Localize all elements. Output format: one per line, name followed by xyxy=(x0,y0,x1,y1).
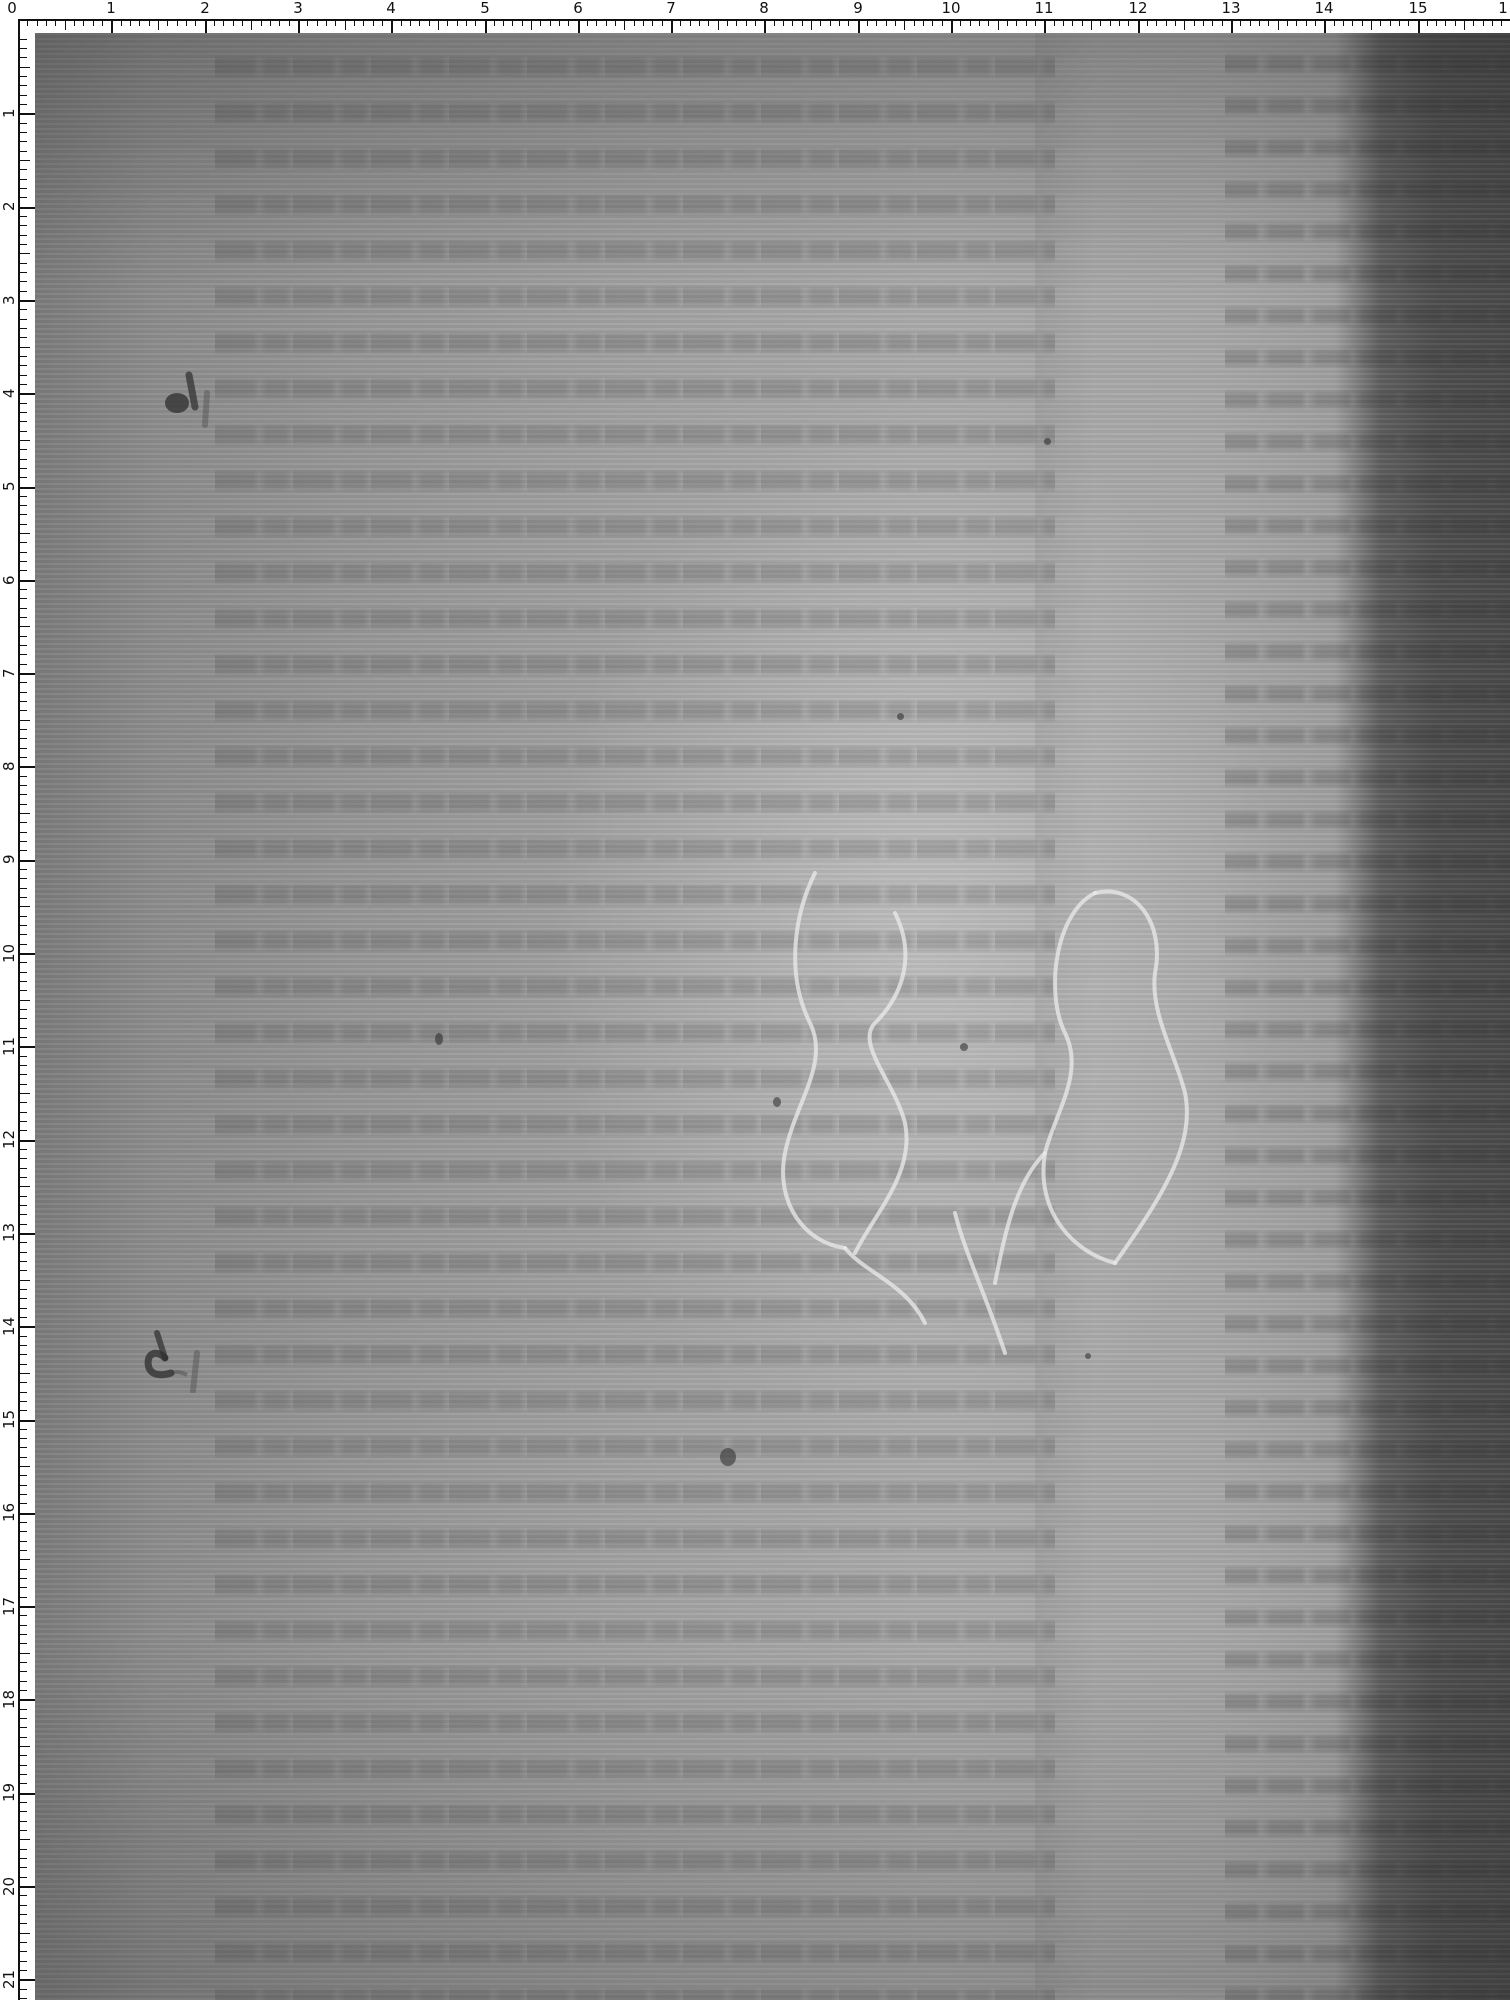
ruler-tick xyxy=(19,141,27,142)
ruler-tick xyxy=(1082,20,1083,26)
ruler-tick xyxy=(839,20,840,26)
ruler-label: 12 xyxy=(1128,0,1147,16)
ruler-tick xyxy=(251,20,252,30)
ruler-tick xyxy=(19,1933,30,1934)
ruler-tick xyxy=(19,440,30,441)
ruler-tick xyxy=(522,20,523,26)
ruler-tick xyxy=(19,1597,27,1598)
ruler-tick xyxy=(1362,20,1363,26)
ruler-tick xyxy=(19,1867,27,1868)
ruler-tick xyxy=(18,20,20,33)
ruler-tick xyxy=(755,20,756,26)
ruler-tick xyxy=(19,1298,27,1299)
ruler-tick xyxy=(19,95,27,96)
ruler-tick xyxy=(615,20,616,26)
ruler-tick xyxy=(19,1821,27,1822)
ruler-tick xyxy=(895,20,896,26)
ruler-tick xyxy=(55,20,56,26)
ruler-tick xyxy=(19,981,27,982)
ruler-tick xyxy=(1203,20,1204,26)
ruler-tick xyxy=(475,20,476,26)
ruler-tick xyxy=(93,20,94,26)
ruler-tick xyxy=(19,1149,27,1150)
ruler-tick xyxy=(951,20,953,33)
ruler-label: 6 xyxy=(573,0,583,16)
ruler-tick xyxy=(19,1709,27,1710)
ruler-tick xyxy=(19,113,35,115)
ruler-label: 11 xyxy=(1,1037,17,1056)
ruler-tick xyxy=(1445,20,1446,26)
ruler-tick xyxy=(1464,20,1465,30)
ruler-tick xyxy=(1128,20,1129,26)
ruler-tick xyxy=(876,20,877,26)
ruler-tick xyxy=(19,309,27,310)
ruler-tick xyxy=(298,20,300,33)
ruler-tick xyxy=(1156,20,1157,26)
ruler-tick xyxy=(1007,20,1008,26)
ruler-tick xyxy=(186,20,187,26)
ruler-tick xyxy=(19,477,27,478)
ruler-tick xyxy=(19,1140,35,1142)
ruler-tick xyxy=(19,1186,30,1187)
ruler-tick xyxy=(19,1046,35,1048)
ruler-tick xyxy=(27,20,28,26)
ruler-tick xyxy=(19,123,27,124)
ruler-tick xyxy=(811,20,812,30)
ruler-tick xyxy=(19,1587,27,1588)
ruler-tick xyxy=(19,1000,30,1001)
ruler-tick xyxy=(485,20,487,33)
ruler-tick xyxy=(167,20,168,26)
ruler-tick xyxy=(19,1914,27,1915)
ruler-label: 13 xyxy=(1,1223,17,1242)
ruler-tick xyxy=(19,1662,27,1663)
ruler-tick xyxy=(1072,20,1073,26)
ruler-tick xyxy=(1026,20,1027,26)
ruler-tick xyxy=(438,20,439,30)
ruler-tick xyxy=(391,20,393,33)
ruler-tick xyxy=(19,1970,27,1971)
ruler-tick xyxy=(83,20,84,26)
ruler-tick xyxy=(19,1392,27,1393)
ruler-tick xyxy=(19,580,35,582)
ruler-tick xyxy=(19,1569,27,1570)
ruler-tick xyxy=(1418,20,1420,33)
ruler-tick xyxy=(531,20,532,30)
ruler-tick xyxy=(410,20,411,26)
ruler-tick xyxy=(19,1224,27,1225)
ruler-tick xyxy=(19,552,27,553)
ruler-tick xyxy=(19,1354,27,1355)
ruler-tick xyxy=(19,1858,27,1859)
ruler-tick xyxy=(19,421,27,422)
ruler-tick xyxy=(19,1130,27,1131)
ruler-tick xyxy=(802,20,803,26)
ruler-tick xyxy=(19,776,27,777)
ruler-label: 9 xyxy=(853,0,863,16)
ruler-tick xyxy=(19,570,27,571)
ruler-tick xyxy=(19,356,27,357)
ruler-tick xyxy=(998,20,999,30)
ruler-tick xyxy=(111,20,113,33)
ruler-tick xyxy=(19,225,27,226)
ruler-tick xyxy=(19,1196,27,1197)
ruler-tick xyxy=(1268,20,1269,26)
ruler-tick xyxy=(19,1746,30,1747)
ruler-tick xyxy=(1250,20,1251,26)
ruler-label: 10 xyxy=(1,944,17,963)
ruler-tick xyxy=(19,636,27,637)
ruler-tick xyxy=(279,20,280,26)
ruler-tick xyxy=(1306,20,1307,26)
ruler-tick xyxy=(19,804,27,805)
ruler-tick xyxy=(19,1382,27,1383)
ruler-tick xyxy=(19,1503,27,1504)
ruler-tick xyxy=(820,20,821,26)
ruler-tick xyxy=(19,878,27,879)
ruler-tick xyxy=(261,20,262,26)
ruler-tick xyxy=(19,319,27,320)
ruler-label: 2 xyxy=(200,0,210,16)
ruler-tick xyxy=(19,1420,35,1422)
ruler-tick xyxy=(690,20,691,26)
ruler-tick xyxy=(1296,20,1297,26)
ruler-tick xyxy=(195,20,196,26)
ruler-tick xyxy=(19,1690,27,1691)
ruler-tick xyxy=(19,1252,27,1253)
ruler-tick xyxy=(19,748,27,749)
ruler-label: 1 xyxy=(1,108,17,118)
ruler-tick xyxy=(19,1877,27,1878)
ruler-tick xyxy=(19,151,27,152)
ruler-tick xyxy=(335,20,336,26)
ruler-tick xyxy=(19,1074,27,1075)
ruler-tick xyxy=(1184,20,1185,30)
ruler-tick xyxy=(578,20,580,33)
ruler-tick xyxy=(494,20,495,26)
ruler-tick xyxy=(1352,20,1353,26)
ruler-tick xyxy=(19,953,35,955)
ruler-label: 15 xyxy=(1408,0,1427,16)
ruler-tick xyxy=(214,20,215,26)
ruler-tick xyxy=(19,729,27,730)
ruler-tick xyxy=(19,1242,27,1243)
ruler-tick xyxy=(19,384,27,385)
ruler-tick xyxy=(19,1336,27,1337)
ruler-tick xyxy=(1399,20,1400,26)
ruler-tick xyxy=(746,20,747,26)
ruler-tick xyxy=(19,487,35,489)
ruler-tick xyxy=(19,1699,35,1701)
ruler-tick xyxy=(960,20,961,26)
ruler-label: 1 xyxy=(1498,0,1508,16)
ruler-tick xyxy=(19,1345,27,1346)
ruler-tick xyxy=(923,20,924,26)
ruler-tick xyxy=(19,1718,27,1719)
ruler-tick xyxy=(1016,20,1017,26)
ruler-tick xyxy=(19,1559,30,1560)
ruler-tick xyxy=(373,20,374,26)
ruler-tick xyxy=(19,1830,27,1831)
ruler-tick xyxy=(19,291,27,292)
ruler-tick xyxy=(19,1093,30,1094)
ruler-tick xyxy=(19,132,27,133)
ruler-tick xyxy=(19,934,27,935)
ruler-tick xyxy=(19,1018,27,1019)
ruler-tick xyxy=(19,104,27,105)
ruler-tick xyxy=(19,403,27,404)
ruler-label: 5 xyxy=(480,0,490,16)
ruler-tick xyxy=(1063,20,1064,26)
ruler-tick xyxy=(19,561,27,562)
ruler-tick xyxy=(19,542,27,543)
ruler-tick xyxy=(102,20,103,26)
ruler-tick xyxy=(568,20,569,26)
ruler-tick xyxy=(1473,20,1474,26)
ruler-tick xyxy=(19,682,27,683)
ruler-tick xyxy=(662,20,663,26)
ruler-tick xyxy=(19,1634,27,1635)
ruler-tick xyxy=(1091,20,1092,30)
ruler-tick xyxy=(643,20,644,26)
ruler-label: 20 xyxy=(1,1877,17,1896)
ruler-tick xyxy=(19,1541,27,1542)
ruler-tick xyxy=(1138,20,1140,33)
ruler-tick xyxy=(19,1308,27,1309)
ruler-label: 10 xyxy=(941,0,960,16)
ruler-tick xyxy=(19,1531,27,1532)
ruler-label: 8 xyxy=(759,0,769,16)
ruler-tick xyxy=(19,375,27,376)
ruler-tick xyxy=(1259,20,1260,26)
ruler-tick xyxy=(19,692,27,693)
ruler-tick xyxy=(988,20,989,26)
ruler-tick xyxy=(19,1065,27,1066)
ruler-tick xyxy=(942,20,943,26)
ruler-tick xyxy=(242,20,243,26)
ruler-tick xyxy=(19,449,27,450)
ruler-tick xyxy=(1194,20,1195,26)
ruler-tick xyxy=(1287,20,1288,26)
ruler-tick xyxy=(1427,20,1428,26)
ruler-tick xyxy=(1390,20,1391,26)
ruler-label: 21 xyxy=(1,1970,17,1989)
ruler-tick xyxy=(19,1280,30,1281)
ruler-tick xyxy=(624,20,625,30)
ruler-label: 18 xyxy=(1,1690,17,1709)
ruler-tick xyxy=(19,431,27,432)
ruler-label: 3 xyxy=(1,295,17,305)
ruler-tick xyxy=(19,1681,27,1682)
ruler-tick xyxy=(354,20,355,26)
ruler-tick xyxy=(764,20,766,33)
ruler-tick xyxy=(19,598,27,599)
ruler-tick xyxy=(19,1727,27,1728)
ruler-tick xyxy=(19,589,27,590)
ruler-tick xyxy=(382,20,383,26)
ruler-tick xyxy=(74,20,75,26)
ruler-tick xyxy=(19,673,35,675)
ruler-tick xyxy=(19,281,27,282)
ruler-tick xyxy=(19,393,35,395)
ruler-tick xyxy=(19,505,27,506)
ruler-tick xyxy=(19,962,27,963)
ruler-tick xyxy=(466,20,467,26)
ruler-tick xyxy=(205,20,207,33)
document-scan xyxy=(35,33,1510,2000)
ruler-tick xyxy=(19,1364,27,1365)
ruler-tick xyxy=(830,20,831,26)
ruler-tick xyxy=(19,1205,27,1206)
ruler-label: 4 xyxy=(386,0,396,16)
ruler-tick xyxy=(19,216,27,217)
ruler-tick xyxy=(19,1615,27,1616)
ruler-tick xyxy=(19,1755,27,1756)
ruler-tick xyxy=(19,1793,35,1795)
ruler-tick xyxy=(19,1774,27,1775)
ruler-tick xyxy=(19,990,27,991)
ruler-tick xyxy=(19,253,30,254)
ruler-label: 2 xyxy=(1,201,17,211)
ruler-tick xyxy=(1380,20,1381,26)
ruler-tick xyxy=(904,20,905,30)
ruler-tick xyxy=(19,1373,30,1374)
ruler-tick xyxy=(19,1671,27,1672)
ruler-tick xyxy=(979,20,980,26)
ruler-tick xyxy=(19,160,30,161)
ruler-tick xyxy=(289,20,290,26)
ruler-tick xyxy=(19,207,35,209)
ruler-tick xyxy=(774,20,775,26)
ruler-tick xyxy=(19,850,27,851)
ruler-tick xyxy=(447,20,448,26)
ruler-tick xyxy=(1166,20,1167,26)
ruler-tick xyxy=(19,1009,27,1010)
ruler-tick xyxy=(19,1811,27,1812)
ruler-tick xyxy=(19,1447,27,1448)
ruler-tick xyxy=(550,20,551,26)
ruler-tick xyxy=(19,626,30,627)
ruler-tick xyxy=(19,244,27,245)
ruler-tick xyxy=(1231,20,1233,33)
ruler-tick xyxy=(19,1056,27,1057)
ruler-tick xyxy=(1483,20,1484,26)
ruler-tick xyxy=(1175,20,1176,26)
ruler-tick xyxy=(848,20,849,26)
ruler-tick xyxy=(19,1839,30,1840)
ruler-tick xyxy=(19,757,27,758)
ruler-tick xyxy=(19,720,30,721)
ruler-tick xyxy=(19,524,27,525)
ruler-tick xyxy=(19,1998,27,1999)
ruler-tick xyxy=(19,1177,27,1178)
ruler-tick xyxy=(19,197,27,198)
ruler-tick xyxy=(130,20,131,26)
ruler-tick xyxy=(19,1168,27,1169)
ruler-tick xyxy=(1110,20,1111,26)
ruler-tick xyxy=(19,459,27,460)
ruler-label: 1 xyxy=(106,0,116,16)
ruler-tick xyxy=(19,785,27,786)
ruler-tick xyxy=(932,20,933,26)
ruler-tick xyxy=(19,48,27,49)
ruler-tick xyxy=(19,347,30,348)
ruler-tick xyxy=(19,888,27,889)
ruler-tick xyxy=(19,906,30,907)
ruler-label: 14 xyxy=(1,1317,17,1336)
ruler-tick xyxy=(1100,20,1101,26)
ruler-tick xyxy=(1240,20,1241,26)
ruler-tick xyxy=(19,1429,27,1430)
ruler-tick xyxy=(19,169,27,170)
ruler-tick xyxy=(19,710,27,711)
ruler-tick xyxy=(19,1653,30,1654)
ruler-tick xyxy=(708,20,709,26)
ruler-tick xyxy=(65,20,66,30)
ruler-tick xyxy=(19,925,27,926)
ruler-horizontal: 01234567891011121314151 xyxy=(0,0,1510,33)
ruler-tick xyxy=(19,1438,27,1439)
ruler-tick xyxy=(19,1158,27,1159)
ruler-tick xyxy=(19,1214,27,1215)
ruler-tick xyxy=(19,179,27,180)
ruler-tick xyxy=(1315,20,1316,26)
ruler-label: 12 xyxy=(1,1130,17,1149)
ruler-tick xyxy=(19,832,27,833)
ruler-tick xyxy=(19,496,27,497)
ruler-tick xyxy=(19,608,27,609)
ruler-tick xyxy=(783,20,784,26)
ruler-tick xyxy=(19,1783,27,1784)
ruler-tick xyxy=(19,1737,27,1738)
ruler-tick xyxy=(914,20,915,26)
ruler-tick xyxy=(19,869,27,870)
ruler-tick xyxy=(1334,20,1335,26)
ruler-tick xyxy=(317,20,318,26)
ruler-tick xyxy=(867,20,868,26)
ruler-tick xyxy=(634,20,635,26)
ruler-tick xyxy=(139,20,140,26)
ruler-label: 3 xyxy=(293,0,303,16)
ruler-tick xyxy=(1324,20,1326,33)
ruler-tick xyxy=(512,20,513,26)
ruler-tick xyxy=(19,300,35,302)
ruler-tick xyxy=(429,20,430,26)
ruler-vertical: 123456789101112131415161718192021 xyxy=(0,0,35,2000)
ruler-tick xyxy=(37,20,38,26)
ruler-tick xyxy=(19,468,27,469)
ruler-tick xyxy=(699,20,700,26)
ruler-tick xyxy=(19,412,27,413)
ruler-tick xyxy=(970,20,971,26)
ruler-tick xyxy=(457,20,458,26)
ruler-tick xyxy=(19,1942,27,1943)
ruler-label: 9 xyxy=(1,854,17,864)
ruler-tick xyxy=(1212,20,1213,26)
ruler-label: 0 xyxy=(7,0,17,16)
ruler-tick xyxy=(1054,20,1055,26)
ruler-tick xyxy=(1147,20,1148,26)
ruler-tick xyxy=(671,20,673,33)
ruler-tick xyxy=(1035,20,1036,26)
ruler-tick xyxy=(1343,20,1344,26)
ruler-tick xyxy=(1044,20,1046,33)
ruler-label: 19 xyxy=(1,1783,17,1802)
ruler-tick xyxy=(19,841,27,842)
ruler-tick xyxy=(19,533,30,534)
ruler-tick xyxy=(19,514,27,515)
ruler-tick xyxy=(19,897,27,898)
